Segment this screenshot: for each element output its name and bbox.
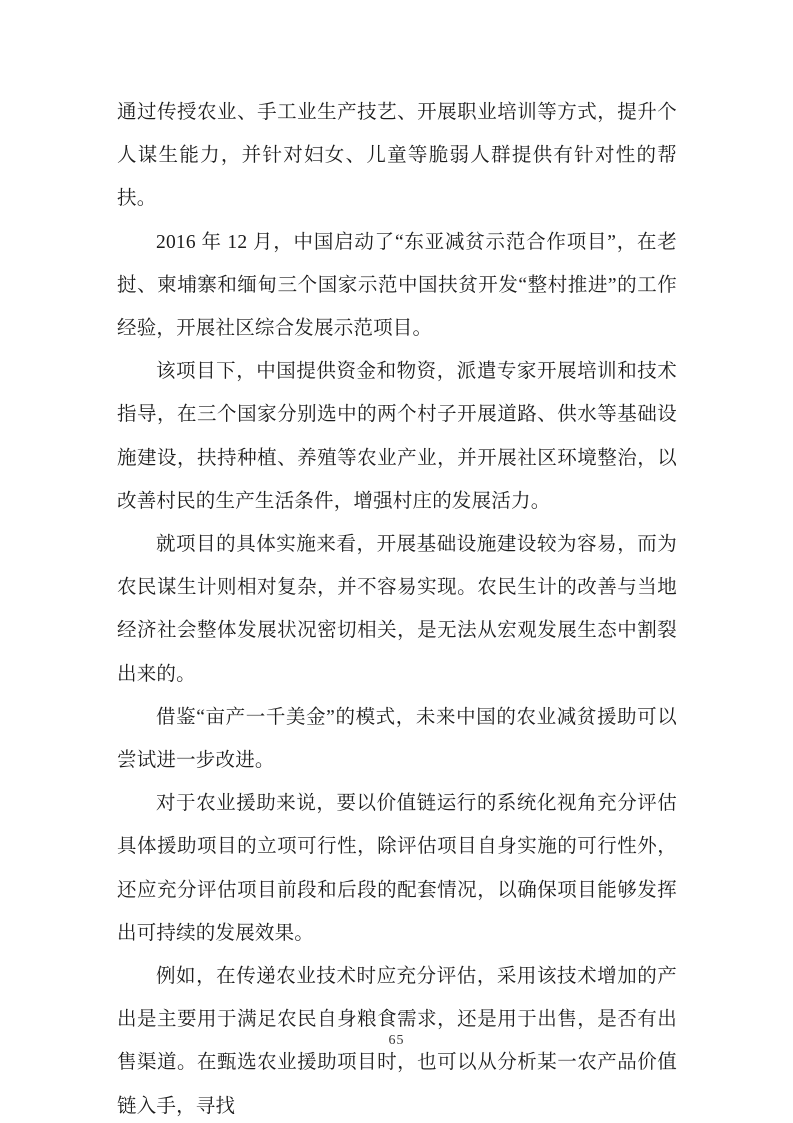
document-page: 通过传授农业、手工业生产技艺、开展职业培训等方式，提升个人谋生能力，并针对妇女、… <box>0 0 793 1123</box>
paragraph-model-reference: 借鉴“亩产一千美金”的模式，未来中国的农业减贫援助可以尝试进一步改进。 <box>117 696 677 782</box>
paragraph-value-chain-evaluation: 对于农业援助来说，要以价值链运行的系统化视角充分评估具体援助项目的立项可行性，除… <box>117 782 677 955</box>
paragraph-implementation: 就项目的具体实施来看，开展基础设施建设较为容易，而为农民谋生计则相对复杂，并不容… <box>117 523 677 696</box>
paragraph-east-asia-project: 2016 年 12 月，中国启动了“东亚减贫示范合作项目”，在老挝、柬埔寨和缅甸… <box>117 221 677 351</box>
paragraph-continuation: 通过传授农业、手工业生产技艺、开展职业培训等方式，提升个人谋生能力，并针对妇女、… <box>117 91 677 221</box>
paragraph-project-details: 该项目下，中国提供资金和物资，派遣专家开展培训和技术指导，在三个国家分别选中的两… <box>117 350 677 523</box>
page-content: 通过传授农业、手工业生产技艺、开展职业培训等方式，提升个人谋生能力，并针对妇女、… <box>117 91 677 1123</box>
page-number: 65 <box>0 1033 793 1049</box>
